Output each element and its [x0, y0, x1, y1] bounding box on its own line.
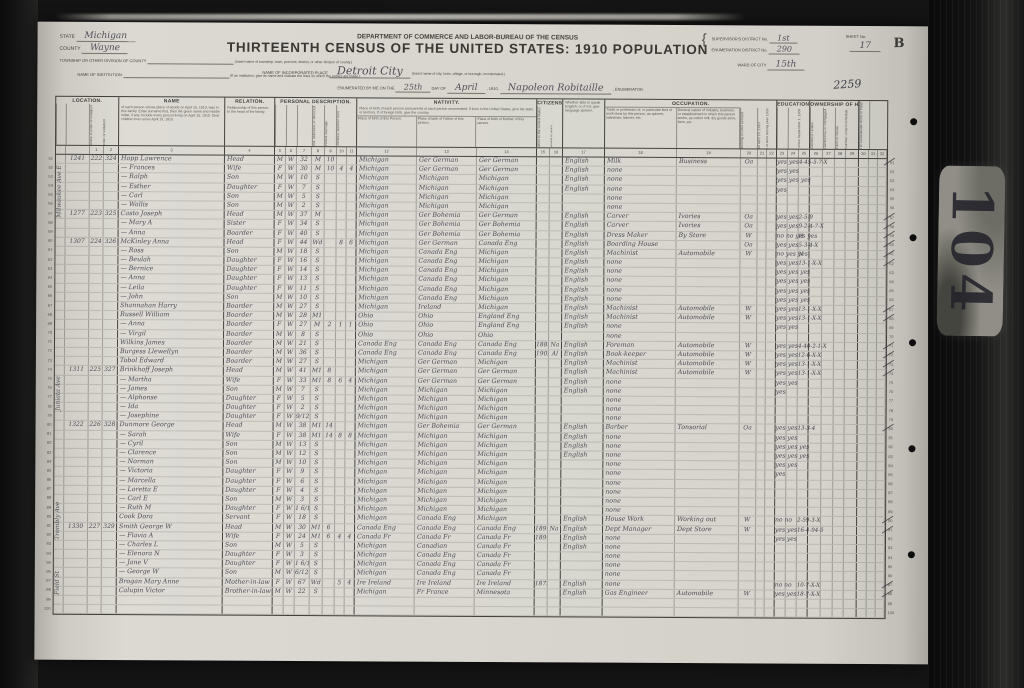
place-label: NAME OF INCORPORATED PLACE: [262, 70, 328, 75]
cell-mother-birthplace: [475, 607, 535, 616]
cell-marital-status: S: [311, 266, 324, 274]
cell-birthplace: Michigan: [356, 267, 416, 276]
cell-veteran: [857, 499, 867, 507]
cell-home-owned-rented: [809, 388, 822, 396]
cell-dwelling-number: 225: [89, 366, 103, 374]
cell-street: [54, 449, 64, 457]
cell-veteran: [857, 591, 867, 599]
street-name: Field St: [54, 571, 61, 595]
punch-hole: [908, 551, 915, 558]
cell-language: English: [562, 323, 604, 331]
cell-naturalized: [549, 268, 562, 276]
cell-children-born: [336, 368, 346, 376]
cell-occupation: none: [603, 498, 675, 507]
cell-father-birthplace: Michigan: [416, 414, 476, 423]
cell-out-of-work: [758, 168, 767, 176]
cell-school: [798, 416, 809, 424]
cell-employer-status: [740, 296, 757, 304]
column-number: 2: [104, 146, 119, 154]
cell-veteran: [857, 453, 867, 461]
cell-employer-status: [739, 507, 756, 515]
cell-house-number: [64, 467, 88, 475]
cell-immigration-year: [535, 589, 548, 597]
cell-farm-or-house: [834, 379, 845, 387]
cell-birthplace: Michigan: [355, 469, 415, 478]
cell-farm-schedule: [845, 333, 858, 341]
cell-family-number: [103, 311, 118, 319]
cell-family-number: [103, 385, 118, 393]
cell-birthplace: Michigan: [357, 230, 417, 239]
cell-deaf-dumb: [876, 563, 885, 571]
cell-veteran: [857, 554, 867, 562]
cell-immigration-year: [537, 194, 550, 202]
cell-children-living: 8: [345, 432, 355, 440]
cell-relation: Son: [223, 542, 273, 550]
cell-house-number: [64, 559, 88, 567]
cell-home-free-mortgaged: [823, 177, 835, 185]
cell-age: 6: [295, 478, 310, 486]
cell-employer-status: W: [740, 342, 757, 350]
cell-family-number: [103, 403, 118, 411]
cell-out-of-work: [757, 287, 766, 295]
line-number: 92: [888, 534, 900, 543]
line-number: 82: [888, 442, 900, 451]
cell-father-birthplace: [415, 598, 475, 607]
cell-blind: [867, 563, 876, 571]
cell-read: yes yes: [776, 342, 787, 350]
cell-color-race: W: [285, 321, 296, 329]
cell-farm-schedule: [844, 609, 857, 617]
cell-weeks-out-of-work: [766, 296, 776, 304]
cell-family-number: [102, 440, 117, 448]
line-number: 60: [42, 236, 53, 245]
cell-farm-schedule: [845, 278, 858, 286]
line-number: 89: [40, 502, 51, 511]
cell-family-number: [102, 477, 117, 485]
cell-farm-schedule: [844, 517, 857, 525]
cell-marital-status: Wd: [312, 239, 325, 247]
cell-years-married: [323, 505, 335, 513]
cell-children-living: 4: [345, 533, 355, 541]
cell-industry: [676, 415, 740, 424]
cell-age: 10: [295, 459, 310, 467]
cell-farm-schedule: [844, 462, 857, 470]
cell-industry: [675, 434, 739, 443]
cell-naturalized: [548, 516, 561, 524]
cell-father-birthplace: Ger German: [416, 239, 476, 248]
cell-relation: Head: [224, 367, 274, 375]
cell-farm-schedule: [845, 370, 858, 378]
cell-color-race: W: [284, 514, 295, 522]
cell-street: [55, 329, 65, 337]
cell-weeks-out-of-work: [766, 315, 776, 323]
cell-father-birthplace: Michigan: [416, 386, 476, 395]
cell-industry: [675, 544, 739, 553]
line-number: 85: [40, 466, 51, 475]
cell-farm-schedule: [844, 499, 857, 507]
line-number: 69: [889, 323, 901, 332]
cell-school: [799, 205, 810, 213]
cell-farm-or-house: [833, 453, 844, 461]
cell-deaf-dumb: [876, 499, 885, 507]
column-number: 22: [767, 149, 777, 157]
census-sheet: STATE Michigan COUNTY Wayne TOWNSHIP OR …: [34, 22, 931, 665]
cell-naturalized: [549, 424, 562, 432]
cell-father-birthplace: Michigan: [415, 469, 475, 478]
cell-blind: [868, 306, 877, 314]
cell-blind: [868, 361, 877, 369]
cell-mother-birthplace: Canada Fr: [475, 534, 535, 543]
cell-home-free-mortgaged: [821, 508, 833, 516]
line-number: 94: [888, 553, 900, 562]
cell-family-number: [102, 495, 117, 503]
cell-name: — Loretta E: [117, 486, 223, 495]
cell-immigration-year: [537, 212, 550, 220]
cell-farm-schedule: [845, 389, 858, 397]
cell-relation: Daughter: [224, 395, 274, 403]
cell-employer-status: [740, 333, 757, 341]
cell-industry: Working out: [675, 516, 739, 525]
cell-blind: [867, 609, 876, 617]
cell-street: [55, 412, 65, 420]
cell-children-born: 5: [335, 579, 345, 587]
cell-birthplace: Michigan: [357, 156, 417, 165]
cell-deaf-dumb: [876, 481, 885, 489]
cell-age: 2: [296, 404, 311, 412]
cell-name: — Ross: [118, 247, 224, 256]
cell-house-number: 1307: [66, 238, 90, 246]
cell-read: [775, 600, 786, 608]
cell-mother-birthplace: Michigan: [475, 515, 535, 524]
cell-school: 4-40-2-1-X: [798, 342, 809, 350]
cell-relation: Daughter: [224, 413, 274, 421]
cell-read: [775, 498, 786, 506]
cell-children-born: [335, 487, 345, 495]
cell-industry: [676, 268, 740, 277]
cell-veteran: [859, 214, 869, 222]
cell-street: [54, 467, 64, 475]
cell-marital-status: S: [311, 248, 324, 256]
cell-home-free-mortgaged: [822, 361, 834, 369]
cell-school: [797, 489, 808, 497]
line-number: 71: [41, 337, 52, 346]
cell-street: [55, 366, 65, 374]
film-right-band: [928, 0, 1024, 688]
cell-birthplace: [355, 597, 415, 606]
place-note: (Insert name of city, town, village, or …: [412, 72, 505, 76]
cell-naturalized: [548, 506, 561, 514]
column-number: 27: [823, 150, 835, 158]
cell-family-number: [104, 219, 119, 227]
cell-deaf-dumb: [878, 196, 887, 204]
cell-read: yes yes: [775, 462, 786, 470]
cell-dwelling-number: [89, 284, 103, 292]
cell-read: [775, 572, 786, 580]
cell-children-born: [337, 184, 347, 192]
cell-language: English: [562, 378, 604, 386]
cell-age: 14: [296, 266, 311, 274]
cell-marital-status: M1: [311, 367, 324, 375]
cell-name: — Victoria: [117, 467, 223, 476]
cell-name: — Ruth M: [117, 504, 223, 513]
cell-immigration-year: [535, 607, 548, 615]
cell-age: 4: [295, 487, 310, 495]
line-number: 89: [888, 507, 900, 516]
cell-blind: [869, 159, 878, 167]
cell-employer-status: [740, 416, 757, 424]
cell-relation: [223, 597, 273, 605]
cell-marital-status: S: [311, 386, 324, 394]
cell-out-of-work: [756, 517, 765, 525]
cell-color-race: W: [284, 487, 295, 495]
cell-dwelling-number: 222: [90, 155, 104, 163]
cell-immigration-year: [535, 516, 548, 524]
cell-blind: [868, 260, 877, 268]
cell-marital-status: S: [312, 184, 325, 192]
cell-children-born: [335, 597, 345, 605]
cell-home-owned-rented: [808, 480, 821, 488]
cell-industry: Business: [677, 158, 741, 167]
cell-children-living: [346, 276, 356, 284]
cell-color-race: W: [284, 579, 295, 587]
cell-home-free-mortgaged: [821, 600, 833, 608]
cell-farm-or-house: [834, 242, 845, 250]
cell-birthplace: Michigan: [357, 202, 417, 211]
cell-children-born: [336, 423, 346, 431]
line-number: 79: [41, 410, 52, 419]
cell-sex: M: [273, 450, 284, 458]
cell-home-owned-rented: [809, 297, 822, 305]
cell-relation: Daughter: [224, 404, 274, 412]
cell-weeks-out-of-work: [765, 443, 775, 451]
cell-read: no yes yes: [776, 250, 787, 258]
cell-age: 18: [295, 514, 310, 522]
cell-occupation: Machinist: [604, 305, 676, 314]
cell-age: 27: [296, 321, 311, 329]
cell-read: no no: [775, 517, 786, 525]
cell-farm-or-house: [835, 214, 846, 222]
cell-home-free-mortgaged: [821, 462, 833, 470]
cell-age: 8: [296, 331, 311, 339]
cell-home-free-mortgaged: [821, 609, 833, 617]
cell-write: [786, 563, 797, 571]
cell-employer-status: W: [740, 351, 757, 359]
cell-birthplace: Michigan: [355, 570, 415, 579]
cell-children-born: [336, 248, 346, 256]
cell-out-of-work: [756, 526, 765, 534]
cell-home-free-mortgaged: [822, 241, 834, 249]
cell-children-born: [335, 606, 345, 614]
cell-farm-or-house: [834, 278, 845, 286]
cell-name: Russell William: [118, 311, 224, 320]
cell-school: [797, 545, 808, 553]
cell-father-birthplace: Ger Bohemia: [416, 423, 476, 432]
cell-sex: M: [274, 349, 285, 357]
cell-father-birthplace: Canadian: [415, 543, 475, 552]
cell-immigration-year: [536, 313, 549, 321]
cell-birthplace: Ire Ireland: [355, 579, 415, 588]
cell-language: [562, 415, 604, 423]
cell-children-born: [336, 349, 346, 357]
cell-father-birthplace: Michigan: [416, 405, 476, 414]
cell-immigration-year: [535, 571, 548, 579]
cell-marital-status: S: [311, 294, 324, 302]
cell-sex: [273, 597, 284, 605]
line-number: 55: [890, 194, 902, 203]
cell-name: — Wallis: [119, 201, 225, 210]
cell-read: no no yes yes: [777, 232, 788, 240]
cell-children-born: [335, 551, 345, 559]
cell-write: [786, 499, 797, 507]
cell-family-number: [104, 183, 119, 191]
cell-children-born: 8: [337, 239, 347, 247]
cell-naturalized: [550, 167, 563, 175]
cell-read: yes yes: [777, 168, 788, 176]
cell-employer-status: [739, 599, 756, 607]
cell-relation: Head: [225, 211, 275, 219]
enum-district-value: 290: [769, 44, 800, 54]
cell-employer-status: [740, 379, 757, 387]
cell-employer-status: [740, 259, 757, 267]
cell-color-race: W: [286, 184, 297, 192]
cell-family-number: 326: [104, 238, 119, 246]
cell-dwelling-number: [88, 486, 102, 494]
cell-home-free-mortgaged: [823, 186, 835, 194]
cell-sex: M: [274, 312, 285, 320]
column-sub-label: Number of dwelling house in order of vis…: [89, 104, 103, 145]
line-number: 78: [889, 406, 901, 415]
cell-immigration-year: [537, 231, 550, 239]
cell-out-of-work: [756, 471, 765, 479]
column-number: 6: [286, 147, 297, 155]
cell-language: [562, 405, 604, 413]
cell-farm-or-house: [834, 398, 845, 406]
left-line-numbers: 5152535455565758596061626364656667686970…: [40, 153, 53, 612]
cell-birthplace: Michigan: [356, 404, 416, 413]
cell-family-number: [104, 229, 119, 237]
cell-blind: [869, 233, 878, 241]
cell-home-free-mortgaged: [823, 196, 835, 204]
cell-children-born: [337, 193, 347, 201]
cell-write: [788, 205, 799, 213]
cell-immigration-year: [536, 359, 549, 367]
cell-children-born: [335, 570, 345, 578]
line-number: 73: [41, 355, 52, 364]
column-sub-label: Number of family in order of visitation: [103, 104, 118, 145]
cell-age: 7: [297, 184, 312, 192]
cell-home-owned-rented: [808, 545, 821, 553]
cell-family-number: [103, 256, 118, 264]
cell-relation: Daughter: [223, 468, 273, 476]
cell-dwelling-number: [88, 587, 102, 595]
cell-immigration-year: [537, 166, 550, 174]
cell-house-number: 1277: [66, 210, 90, 218]
cell-children-living: [346, 358, 356, 366]
cell-industry: [676, 406, 740, 415]
cell-years-married: [325, 202, 337, 210]
cell-occupation: none: [604, 323, 676, 332]
cell-sex: M: [273, 588, 284, 596]
cell-relation: Brother-in-law: [223, 587, 273, 595]
cell-occupation: Machinist: [604, 250, 676, 259]
cell-color-race: W: [285, 395, 296, 403]
cell-immigration-year: [535, 433, 548, 441]
cell-farm-schedule: [845, 260, 858, 268]
cell-farm-schedule: [846, 232, 859, 240]
cell-children-living: [346, 303, 356, 311]
cell-immigration-year: [535, 451, 548, 459]
cell-relation: Wife: [224, 376, 274, 384]
cell-farm-or-house: [833, 545, 844, 553]
cell-employer-status: [739, 480, 756, 488]
cell-sex: F: [274, 413, 285, 421]
cell-name: — Martha: [118, 376, 224, 385]
cell-deaf-dumb: [877, 334, 886, 342]
cell-mother-birthplace: Michigan: [476, 396, 536, 405]
cell-weeks-out-of-work: [765, 544, 775, 552]
cell-immigration-year: [536, 387, 549, 395]
cell-age: 13: [296, 275, 311, 283]
cell-birthplace: Michigan: [355, 432, 415, 441]
cell-dwelling-number: [89, 403, 103, 411]
cell-home-free-mortgaged: [821, 480, 833, 488]
cell-marital-status: S: [311, 257, 324, 265]
cell-house-number: [65, 265, 89, 273]
cell-occupation: Book-keeper: [604, 351, 676, 360]
cell-farm-or-house: [834, 416, 845, 424]
column-sub-row: Whether a survivor of the Union or Confe…: [859, 101, 887, 149]
cell-relation: Boarder: [224, 339, 274, 347]
line-number: 74: [41, 364, 52, 373]
cell-mother-birthplace: Michigan: [476, 276, 536, 285]
cell-years-married: [325, 230, 337, 238]
cell-farm-schedule: [845, 352, 858, 360]
cell-color-race: W: [286, 239, 297, 247]
cell-name: — John: [118, 293, 224, 302]
cell-children-born: 8: [335, 432, 345, 440]
cell-blind: [868, 297, 877, 305]
cell-school: 5-3-4-X: [798, 241, 809, 249]
cell-home-free-mortgaged: [822, 251, 834, 259]
cell-street: [55, 320, 65, 328]
cell-color-race: W: [284, 459, 295, 467]
column-number: 1: [90, 146, 104, 154]
cell-industry: Automobile: [676, 314, 740, 323]
cell-occupation: none: [603, 442, 675, 451]
cell-name: — James: [118, 385, 224, 394]
cell-blind: [867, 527, 876, 535]
line-number: 76: [41, 383, 52, 392]
cell-street: [54, 440, 64, 448]
cell-out-of-work: [758, 158, 767, 166]
cell-home-owned-rented: [809, 278, 822, 286]
cell-farm-or-house: [833, 434, 844, 442]
cell-language: [561, 497, 603, 505]
cell-street: [55, 348, 65, 356]
cell-marital-status: S: [311, 395, 324, 403]
cell-children-living: [347, 156, 357, 164]
enumerated-month: April: [447, 83, 485, 94]
cell-occupation: Carver: [605, 222, 677, 231]
cell-children-born: [336, 285, 346, 293]
cell-farm-or-house: [834, 297, 845, 305]
cell-veteran: [858, 306, 868, 314]
cell-dwelling-number: [88, 532, 102, 540]
cell-street: [55, 265, 65, 273]
cell-blind: [868, 278, 877, 286]
cell-veteran: [859, 232, 869, 240]
cell-father-birthplace: Ireland: [416, 304, 476, 313]
